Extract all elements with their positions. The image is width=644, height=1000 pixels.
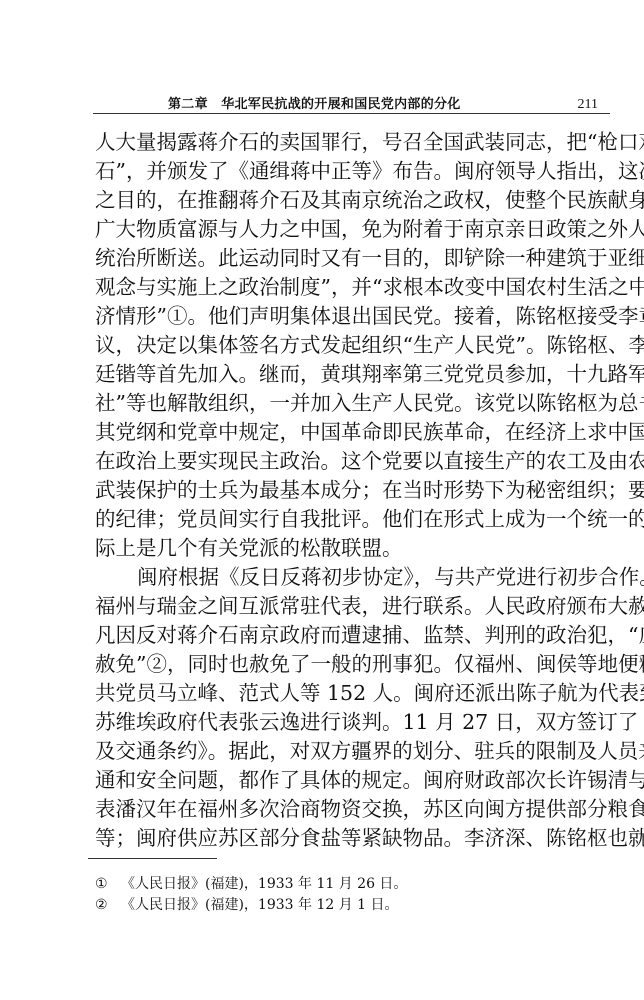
text-line: 苏维埃政府代表张云逸进行谈判。11 月 27 日，双方签订了《闽西边界 [95,708,610,737]
text-line: 福州与瑞金之间互派常驻代表，进行联系。人民政府颁布大赦令，规定 [95,592,610,621]
footnote-text: 《人民日报》(福建)，1933 年 11 月 26 日。 [121,876,407,892]
text-line: 社”等也解散组织，一并加入生产人民党。该党以陈铭枢为总书记。在 [95,389,610,418]
text-line: 共党员马立峰、范式人等 152 人。闽府还派出陈子航为代表到汀州与 [95,679,610,708]
text-line: 表潘汉年在福州多次洽商物资交换，苏区向闽方提供部分粮食、钨矿砂 [95,795,610,824]
text-line: 的纪律；党员间实行自我批评。他们在形式上成为一个统一的政党，实 [95,505,610,534]
text-line: 济情形”①。他们声明集体退出国民党。接着，陈铭枢接受李章达的建 [95,302,610,331]
text-line: 广大物质富源与人力之中国，免为附着于南京亲日政策之外人压迫与 [95,215,610,244]
text-line: 议，决定以集体签名方式发起组织“生产人民党”。陈铭枢、李济深、蔡 [95,331,610,360]
footnote-marker: ② [95,895,121,916]
footnotes: ①《人民日报》(福建)，1933 年 11 月 26 日。 ②《人民日报》(福建… [95,874,595,916]
text-line: 统治所断送。此运动同时又有一目的，即铲除一种建筑于亚细亚国家 [95,244,610,273]
footnote-1: ①《人民日报》(福建)，1933 年 11 月 26 日。 [95,874,595,895]
text-line: 及交通条约》。据此，对双方疆界的划分、驻兵的限制及人员来往的交 [95,737,610,766]
running-header: 第二章 华北军民抗战的开展和国民党内部的分化 211 [93,96,610,113]
text-line: 其党纲和党章中规定，中国革命即民族革命，在经济上求中国工业化， [95,418,610,447]
footnote-2: ②《人民日报》(福建)，1933 年 12 月 1 日。 [95,895,595,916]
paragraph-start-line: 闽府根据《反日反蒋初步协定》，与共产党进行初步合作。双方在 [95,563,610,592]
text-line: 观念与实施上之政治制度”，并“求根本改变中国农村生活之中世纪经 [95,273,610,302]
text-line: 等；闽府供应苏区部分食盐等紧缺物品。李济深、陈铭枢也就政治等方 [95,824,610,853]
text-line: 赦免”②，同时也赦免了一般的刑事犯。仅福州、闽侯等地便释放了中 [95,650,610,679]
text-line: 人大量揭露蒋介石的卖国罪行，号召全国武装同志，把“枪口对准蒋介 [95,128,610,157]
header-rule [93,113,610,114]
text-line: 石”，并颁发了《通缉蒋中正等》布告。闽府领导人指出，这次人民“革命 [95,157,610,186]
text-line: 廷锴等首先加入。继而，黄琪翔率第三党党员参加，十九路军的“改造 [95,360,610,389]
body-text: 人大量揭露蒋介石的卖国罪行，号召全国武装同志，把“枪口对准蒋介 石”，并颁发了《… [95,128,610,853]
footnote-marker: ① [95,874,121,895]
text-line: 之目的，在推翻蒋介石及其南京统治之政权，使整个民族献身救护具有 [95,186,610,215]
text-line: 通和安全问题，都作了具体的规定。闽府财政部次长许锡清与中共代 [95,766,610,795]
text-line: 在政治上要实现民主政治。这个党要以直接生产的农工及由农工出身 [95,447,610,476]
footnote-separator [88,858,217,859]
book-page: 第二章 华北军民抗战的开展和国民党内部的分化 211 人大量揭露蒋介石的卖国罪行… [0,0,644,1000]
page-number: 211 [578,96,598,113]
paragraph-end-line: 际上是几个有关党派的松散联盟。 [95,534,610,563]
text-line: 武装保护的士兵为最基本成分；在当时形势下为秘密组织；要树立严明 [95,476,610,505]
chapter-title: 第二章 华北军民抗战的开展和国民党内部的分化 [168,96,461,113]
text-line: 凡因反对蒋介石南京政府而遭逮捕、监禁、判刑的政治犯，“应一律予以 [95,621,610,650]
footnote-text: 《人民日报》(福建)，1933 年 12 月 1 日。 [121,897,399,913]
